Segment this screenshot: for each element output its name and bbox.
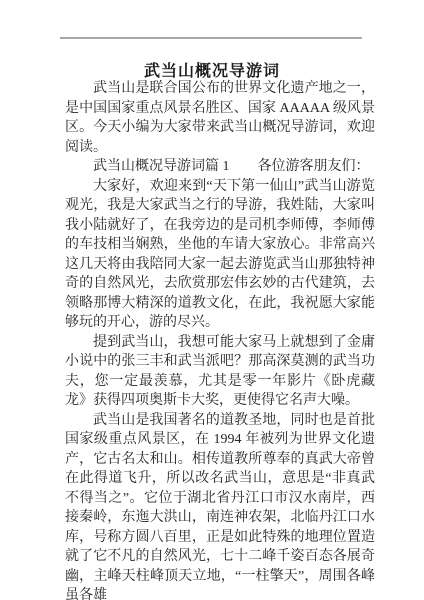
paragraph-section-heading: 武当山概况导游词篇 1 各位游客朋友们： bbox=[65, 157, 375, 177]
paragraph-intro: 武当山是联合国公布的世界文化遗产地之一，是中国国家重点风景名胜区、国家 AAAA… bbox=[65, 79, 375, 157]
document-page: 武当山概况导游词 武当山是联合国公布的世界文化遗产地之一，是中国国家重点风景名胜… bbox=[0, 0, 424, 600]
document-body: 武当山是联合国公布的世界文化遗产地之一，是中国国家重点风景名胜区、国家 AAAA… bbox=[65, 79, 375, 600]
paragraph-greeting: 大家好，欢迎来到“天下第一仙山”武当山游览观光，我是大家武当之行的导游，我姓陆，… bbox=[65, 177, 375, 333]
title-divider bbox=[60, 37, 362, 39]
paragraph-geography: 武当山是我国著名的道教圣地，同时也是首批国家级重点风景区，在 1994 年被列为… bbox=[65, 411, 375, 600]
paragraph-kungfu: 提到武当山，我想可能大家马上就想到了金庸小说中的张三丰和武当派吧？那高深莫测的武… bbox=[65, 333, 375, 411]
